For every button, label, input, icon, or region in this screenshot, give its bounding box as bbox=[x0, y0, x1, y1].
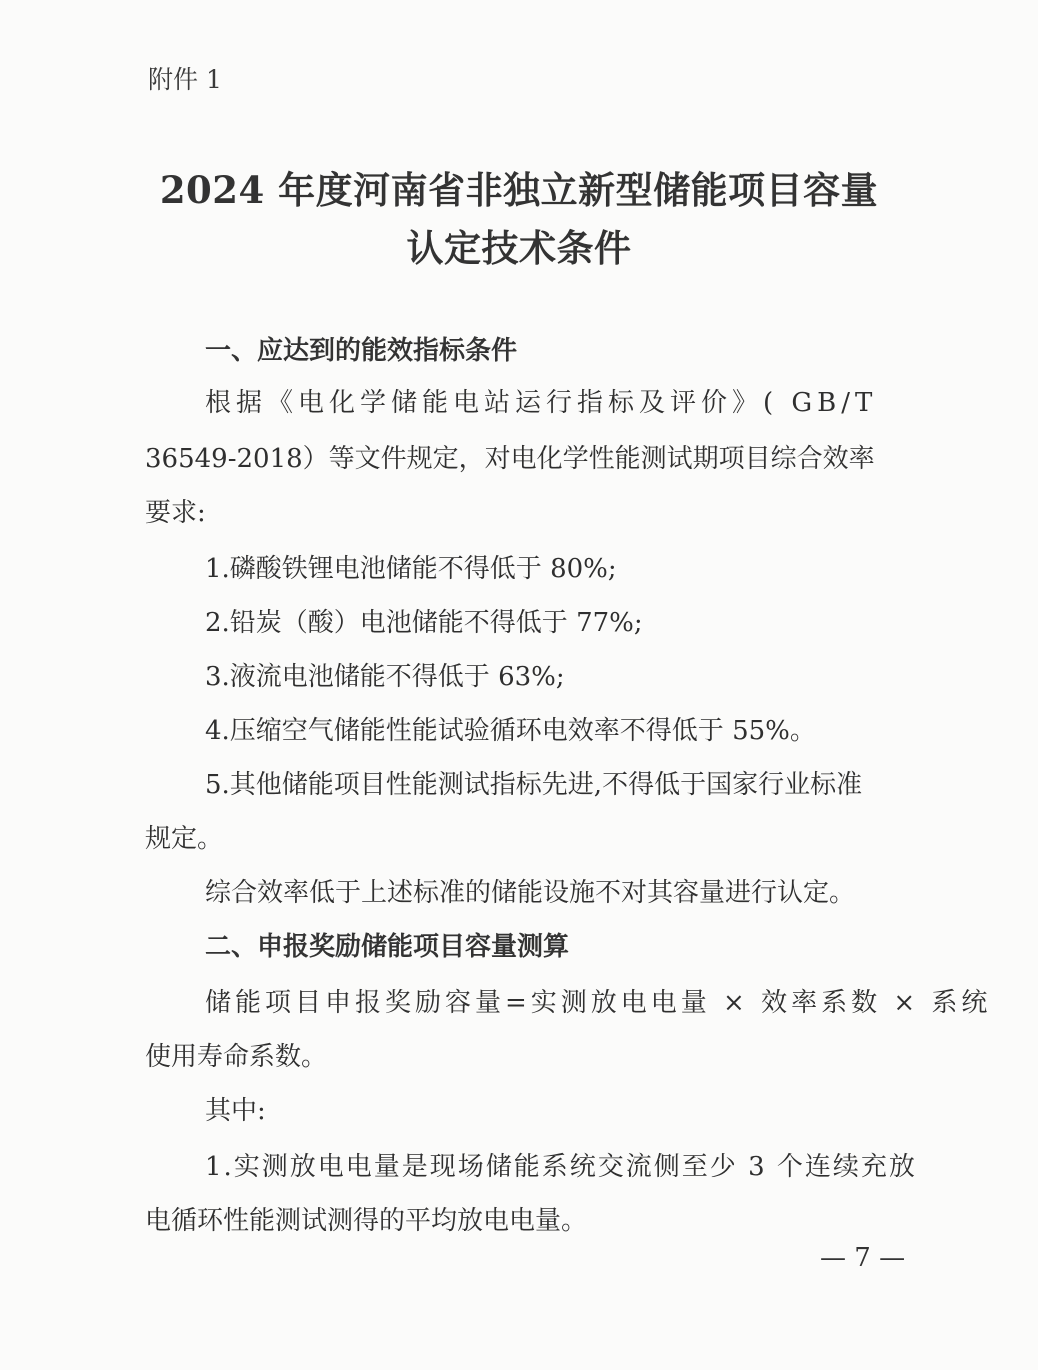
section-1-heading: 一、应达到的能效指标条件 bbox=[205, 330, 517, 367]
section-1-intro-line-2: 36549-2018）等文件规定，对电化学性能测试期项目综合效率 bbox=[145, 438, 875, 475]
section-1-conclusion: 综合效率低于上述标准的储能设施不对其容量进行认定。 bbox=[205, 872, 855, 909]
section-1-intro-line-3: 要求: bbox=[145, 492, 206, 529]
document-page: 附件 1 2024 年度河南省非独立新型储能项目容量 认定技术条件 一、应达到的… bbox=[0, 0, 1038, 1370]
efficiency-item-2: 2.铅炭（酸）电池储能不得低于 77%; bbox=[205, 602, 643, 639]
where-label: 其中: bbox=[205, 1090, 266, 1127]
definition-item-1-line-2: 电循环性能测试测得的平均放电电量。 bbox=[145, 1200, 587, 1237]
efficiency-item-5: 5.其他储能项目性能测试指标先进,不得低于国家行业标准 bbox=[205, 764, 862, 801]
definition-item-1-line-1: 1.实测放电电量是现场储能系统交流侧至少 3 个连续充放 bbox=[205, 1146, 917, 1183]
formula-line-1: 储能项目申报奖励容量=实测放电电量 × 效率系数 × 系统 bbox=[205, 982, 991, 1019]
section-2-heading: 二、申报奖励储能项目容量测算 bbox=[205, 926, 569, 963]
efficiency-item-1: 1.磷酸铁锂电池储能不得低于 80%; bbox=[205, 548, 617, 585]
attachment-label: 附件 1 bbox=[148, 60, 222, 96]
document-title-line-2: 认定技术条件 bbox=[0, 218, 1038, 272]
efficiency-item-3: 3.液流电池储能不得低于 63%; bbox=[205, 656, 565, 693]
document-title-line-1: 2024 年度河南省非独立新型储能项目容量 bbox=[0, 160, 1038, 214]
formula-line-2: 使用寿命系数。 bbox=[145, 1036, 327, 1073]
page-number: — 7 — bbox=[820, 1243, 905, 1273]
efficiency-item-5-continuation: 规定。 bbox=[145, 818, 223, 855]
section-1-intro-line-1: 根据《电化学储能电站运行指标及评价》( GB/T bbox=[205, 382, 877, 419]
efficiency-item-4: 4.压缩空气储能性能试验循环电效率不得低于 55%。 bbox=[205, 710, 816, 747]
